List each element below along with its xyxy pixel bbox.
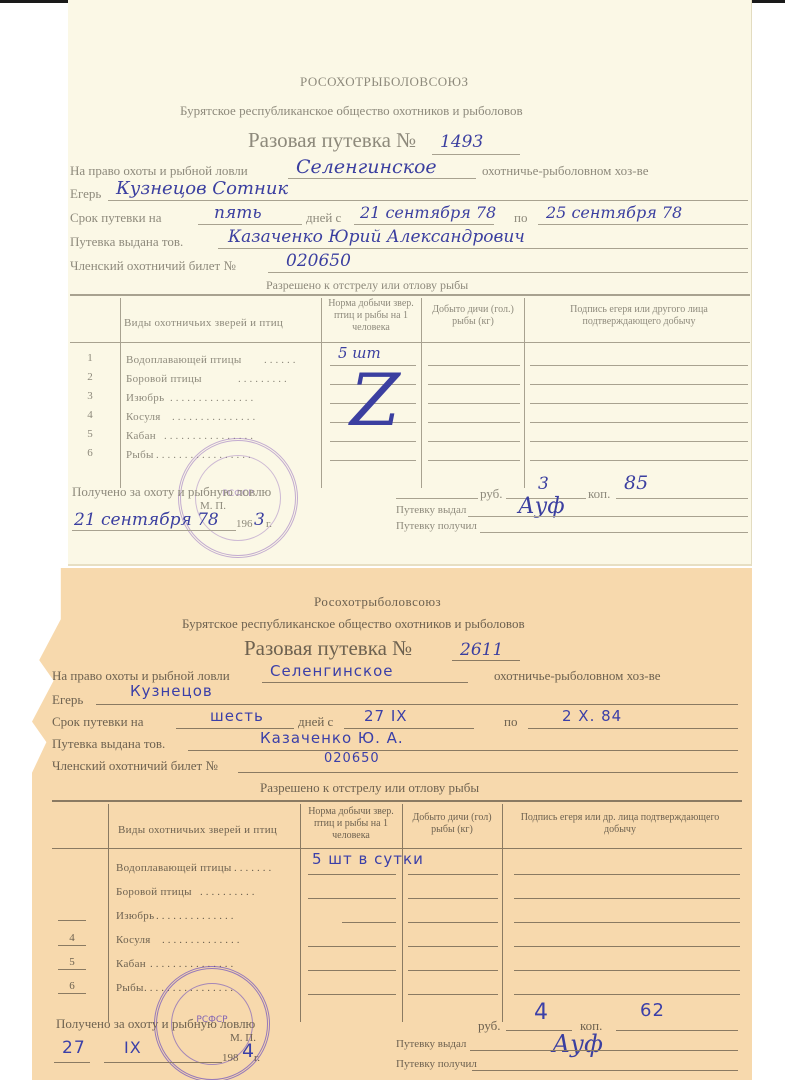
payment-label: Получено за охоту и рыбную ловлю bbox=[56, 1016, 255, 1032]
permitted-label: Разрешено к отстрелу или отлову рыбы bbox=[260, 780, 479, 796]
strike-mark: Z bbox=[350, 364, 400, 436]
year-value: 3 bbox=[254, 510, 265, 530]
hunting-permit-2611: Росохотрыболовсоюз Бурятское республикан… bbox=[32, 568, 752, 1080]
ranger-value: Кузнецов bbox=[130, 682, 213, 700]
term-days: пять bbox=[214, 203, 262, 223]
date-from: 27 IX bbox=[364, 707, 408, 725]
permitted-label: Разрешено к отстрелу или отлову рыбы bbox=[266, 278, 468, 293]
col-header-species: Виды охотничьих зверей и птиц bbox=[118, 824, 277, 836]
rub-label: руб. bbox=[478, 1018, 501, 1034]
ranger-label: Егерь bbox=[70, 186, 101, 202]
received-by-label: Путевку получил bbox=[396, 520, 477, 532]
payment-label: Получено за охоту и рыбную ловлю bbox=[72, 484, 271, 500]
row-species: Изюбрь bbox=[126, 392, 164, 404]
rub-value: 3 bbox=[538, 474, 549, 494]
row-species: Кабан bbox=[126, 430, 156, 442]
row-species: Рыбы bbox=[126, 449, 154, 461]
year-suffix: г. bbox=[266, 518, 272, 530]
org-name: РОСОХОТРЫБОЛОВСОЮЗ bbox=[300, 74, 469, 90]
issued-by-signature: Ауф bbox=[552, 1030, 603, 1058]
to-label: по bbox=[514, 210, 527, 226]
issued-to-label: Путевка выдана тов. bbox=[52, 736, 165, 752]
date-from: 21 сентября 78 bbox=[360, 203, 496, 222]
days-from-label: дней с bbox=[298, 714, 333, 730]
row-species: Кабан bbox=[116, 958, 146, 970]
row-species: Изюбрь bbox=[116, 910, 154, 922]
date-month: IX bbox=[124, 1038, 142, 1057]
row-number: 5 bbox=[62, 956, 82, 968]
row-species: Косуля bbox=[126, 411, 161, 423]
issued-by-label: Путевку выдал bbox=[396, 504, 466, 516]
leader-dots: ......... bbox=[238, 373, 290, 385]
ranger-value: Кузнецов Сотник bbox=[116, 178, 288, 199]
hunt-suffix: охотничье-рыболовном хоз-ве bbox=[482, 163, 648, 179]
year-label: 196 bbox=[236, 518, 253, 530]
permit-title: Разовая путевка № bbox=[244, 636, 412, 661]
hunt-label: На право охоты и рыбной ловли bbox=[70, 163, 248, 179]
term-label: Срок путевки на bbox=[52, 714, 144, 730]
row-species: Косуля bbox=[116, 934, 151, 946]
society-name: Бурятское республиканское общество охотн… bbox=[182, 616, 525, 632]
issued-to-label: Путевка выдана тов. bbox=[70, 234, 183, 250]
col-header-species: Виды охотничьих зверей и птиц bbox=[124, 317, 283, 329]
hunt-area-value: Селенгинское bbox=[296, 156, 437, 178]
row-species: Рыбы bbox=[116, 982, 144, 994]
date-signed: 21 сентября 78 bbox=[74, 510, 219, 530]
permit-number: 1493 bbox=[440, 132, 483, 152]
org-name: Росохотрыболовсоюз bbox=[314, 594, 441, 610]
kop-value: 62 bbox=[640, 1000, 665, 1021]
col-header-taken: Добыто дичи (гол.) рыбы (кг) bbox=[422, 304, 524, 328]
leader-dots: ...... bbox=[264, 354, 299, 366]
ranger-label: Егерь bbox=[52, 692, 83, 708]
row-number: 6 bbox=[62, 980, 82, 992]
hunting-permit-1493: РОСОХОТРЫБОЛОВСОЮЗ Бурятское республикан… bbox=[68, 0, 752, 566]
leader-dots: ............... bbox=[170, 392, 256, 404]
to-label: по bbox=[504, 714, 517, 730]
col-header-taken: Добыто дичи (гол) рыбы (кг) bbox=[402, 812, 502, 836]
leader-dots: .............. bbox=[162, 934, 243, 946]
issued-to-value: Казаченко Ю. А. bbox=[260, 729, 404, 747]
col-header-norm: Норма добычи звер. птиц и рыбы на 1 чело… bbox=[322, 298, 420, 334]
year-label: 198 bbox=[222, 1052, 239, 1064]
issued-to-value: Казаченко Юрий Александрович bbox=[228, 227, 525, 247]
term-days: шесть bbox=[210, 707, 264, 725]
row-number: 3 bbox=[80, 390, 100, 402]
received-by-label: Путевку получил bbox=[396, 1058, 477, 1070]
kop-label: коп. bbox=[588, 486, 610, 502]
row-number: 5 bbox=[80, 428, 100, 440]
ticket-value: 020650 bbox=[286, 251, 351, 271]
row-species: Боровой птицы bbox=[126, 373, 202, 385]
row-number: 2 bbox=[80, 371, 100, 383]
row-species: Боровой птицы bbox=[116, 886, 192, 898]
leader-dots: ............... bbox=[172, 411, 258, 423]
rub-label: руб. bbox=[480, 486, 503, 502]
col-header-norm: Норма добычи звер. птиц и рыбы на 1 чело… bbox=[300, 806, 402, 842]
year-suffix: г. bbox=[254, 1052, 260, 1064]
row-species: Водоплавающей птицы bbox=[116, 862, 232, 874]
kop-value: 85 bbox=[624, 472, 648, 494]
leader-dots: .......... bbox=[200, 886, 258, 898]
col-header-signature: Подпись егеря или др. лица подтверждающе… bbox=[510, 812, 730, 836]
ticket-label: Членский охотничий билет № bbox=[52, 758, 218, 774]
row-number: 4 bbox=[80, 409, 100, 421]
date-to: 2 X. 84 bbox=[562, 707, 622, 725]
days-from-label: дней с bbox=[306, 210, 341, 226]
row-norm: 5 шт в сутки bbox=[312, 850, 424, 868]
hunt-area-value: Селенгинское bbox=[270, 662, 393, 680]
date-day: 27 bbox=[62, 1038, 86, 1058]
term-label: Срок путевки на bbox=[70, 210, 162, 226]
permit-number: 2611 bbox=[460, 640, 503, 660]
hunt-suffix: охотничье-рыболовном хоз-ве bbox=[494, 668, 660, 684]
permit-title: Разовая путевка № bbox=[248, 128, 416, 153]
row-number: 1 bbox=[80, 352, 100, 364]
row-number: 6 bbox=[80, 447, 100, 459]
ticket-value: 020650 bbox=[324, 751, 380, 766]
leader-dots: .............. bbox=[156, 910, 237, 922]
society-name: Бурятское республиканское общество охотн… bbox=[180, 103, 523, 119]
ticket-label: Членский охотничий билет № bbox=[70, 258, 236, 274]
rub-value: 4 bbox=[534, 1000, 549, 1025]
row-species: Водоплавающей птицы bbox=[126, 354, 242, 366]
issued-by-label: Путевку выдал bbox=[396, 1038, 466, 1050]
row-number: 4 bbox=[62, 932, 82, 944]
col-header-signature: Подпись егеря или другого лица подтвержд… bbox=[534, 304, 744, 328]
leader-dots: ....... bbox=[234, 862, 274, 874]
date-to: 25 сентября 78 bbox=[546, 203, 682, 222]
